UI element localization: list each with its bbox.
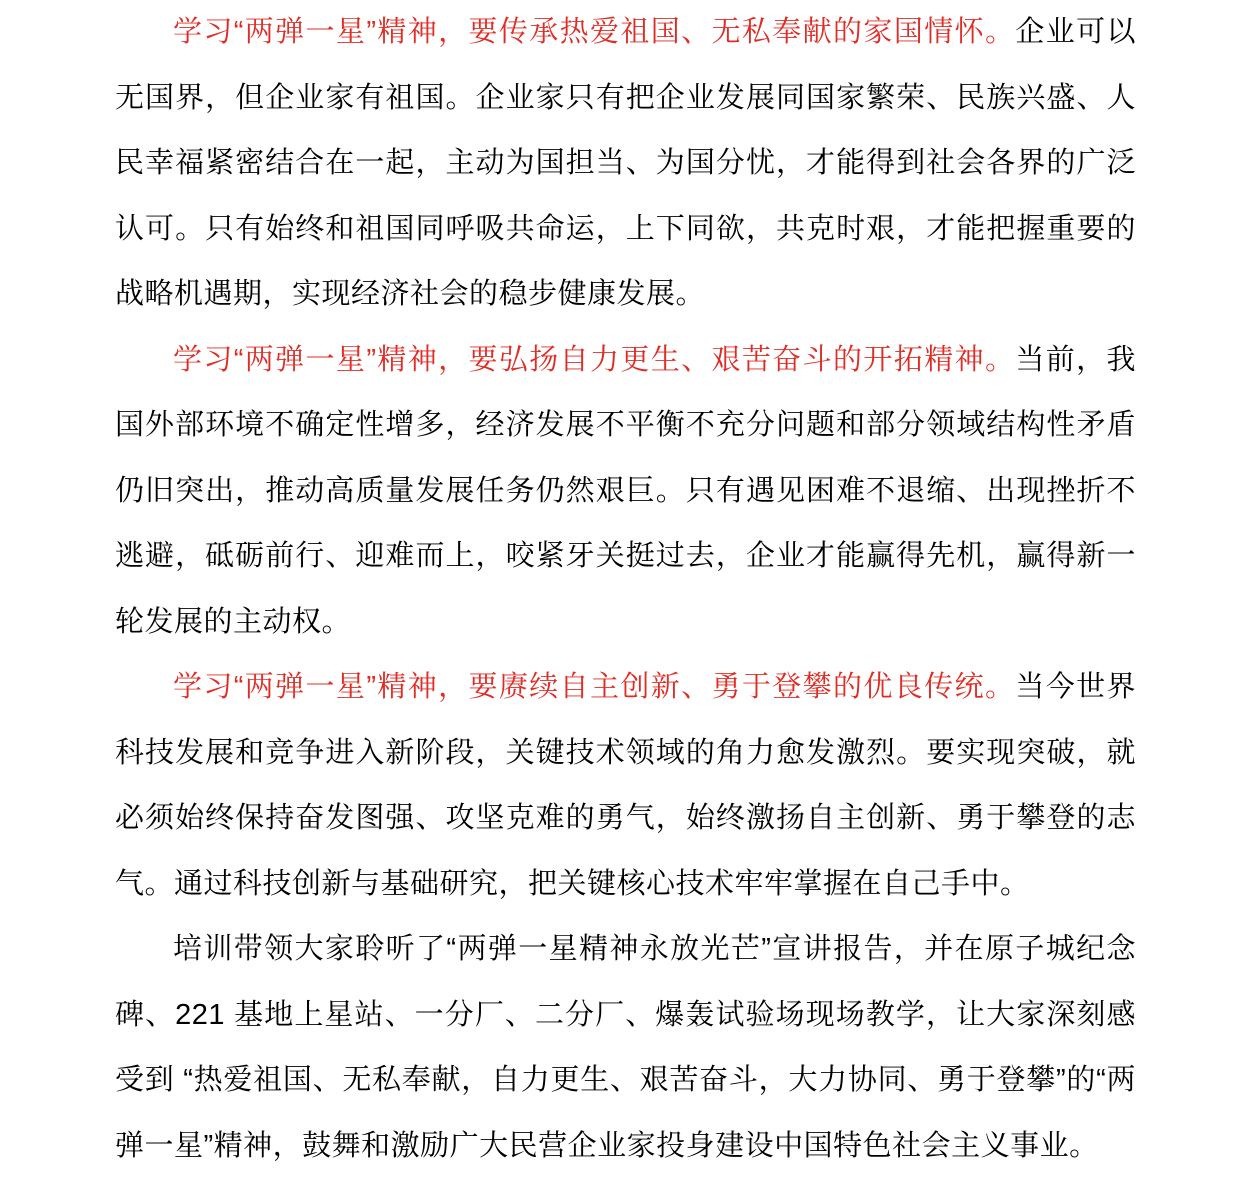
document-page: 学习“两弹一星”精神，要传承热爱祖国、无私奉献的家国情怀。企业可以无国界，但企业… xyxy=(0,0,1249,1200)
paragraph-2: 学习“两弹一星”精神，要弘扬自力更生、艰苦奋斗的开拓精神。当前，我国外部环境不确… xyxy=(115,328,1136,656)
paragraph-2-red-lead: 学习“两弹一星”精神，要弘扬自力更生、艰苦奋斗的开拓精神。 xyxy=(173,344,1015,376)
paragraph-4: 培训带领大家聆听了“两弹一星精神永放光芒”宣讲报告，并在原子城纪念碑、221 基… xyxy=(115,917,1136,1179)
paragraph-3-red-lead: 学习“两弹一星”精神，要赓续自主创新、勇于登攀的优良传统。 xyxy=(173,671,1015,703)
paragraph-3-body: 当今世界科技发展和竞争进入新阶段，关键技术领域的角力愈发激烈。要实现突破，就必须… xyxy=(115,671,1136,900)
paragraph-1-red-lead: 学习“两弹一星”精神，要传承热爱祖国、无私奉献的家国情怀。 xyxy=(173,16,1015,48)
paragraph-1-body: 企业可以无国界，但企业家有祖国。企业家只有把企业发展同国家繁荣、民族兴盛、人民幸… xyxy=(115,16,1136,310)
paragraph-1: 学习“两弹一星”精神，要传承热爱祖国、无私奉献的家国情怀。企业可以无国界，但企业… xyxy=(115,0,1136,328)
paragraph-3: 学习“两弹一星”精神，要赓续自主创新、勇于登攀的优良传统。当今世界科技发展和竞争… xyxy=(115,655,1136,917)
paragraph-2-body: 当前，我国外部环境不确定性增多，经济发展不平衡不充分问题和部分领域结构性矛盾仍旧… xyxy=(115,344,1136,638)
document-text-area: 学习“两弹一星”精神，要传承热爱祖国、无私奉献的家国情怀。企业可以无国界，但企业… xyxy=(115,0,1136,1179)
paragraph-4-body: 培训带领大家聆听了“两弹一星精神永放光芒”宣讲报告，并在原子城纪念碑、221 基… xyxy=(115,933,1136,1162)
